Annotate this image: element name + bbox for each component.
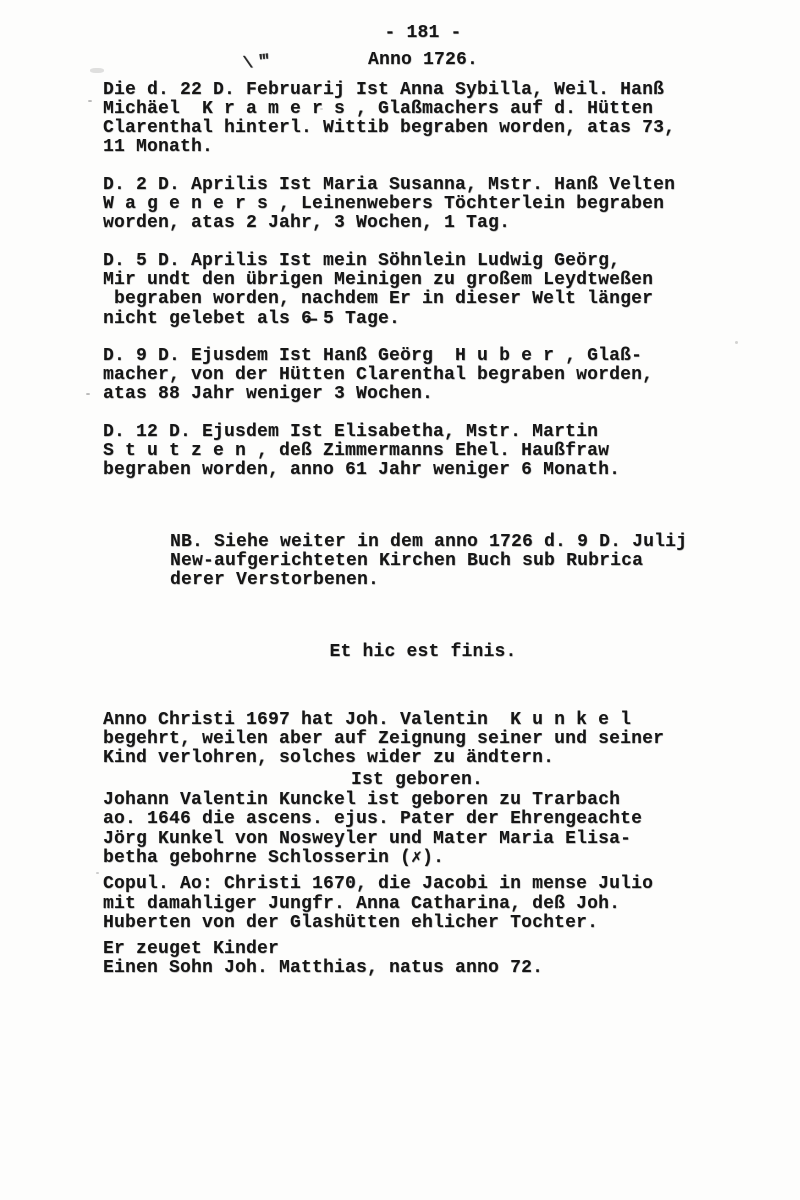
year-heading: Anno 1726.: [103, 51, 743, 70]
kunkel-petition: Anno Christi 1697 hat Joh. Valentin K u …: [103, 711, 743, 769]
birth-record: Johann Valentin Kunckel ist geboren zu T…: [103, 791, 743, 868]
burial-entry-apr-5: D. 5 D. Aprilis Ist mein Söhnlein Ludwig…: [103, 252, 743, 329]
birth-heading: Ist geboren.: [103, 771, 743, 790]
text-line: mit damahliger Jungfr. Anna Catharina, d…: [103, 895, 743, 914]
burial-entry-feb-22: Die d. 22 D. Februarij Ist Anna Sybilla,…: [103, 81, 743, 158]
text-line: Clarenthal hinterl. Wittib begraben word…: [103, 119, 743, 138]
text-line: Copul. Ao: Christi 1670, die Jacobi in m…: [103, 875, 743, 894]
marriage-record: Copul. Ao: Christi 1670, die Jacobi in m…: [103, 875, 743, 933]
burial-entry-apr-2: D. 2 D. Aprilis Ist Maria Susanna, Mstr.…: [103, 176, 743, 234]
text-line: Einen Sohn Joh. Matthias, natus anno 72.: [103, 959, 743, 978]
text-line: Mir undt den übrigen Meinigen zu großem …: [103, 271, 743, 290]
text-line: Ist geboren.: [351, 771, 743, 790]
text-line: Anno 1726.: [103, 51, 743, 70]
text-line: D. 2 D. Aprilis Ist Maria Susanna, Mstr.…: [103, 176, 743, 195]
text-line: NB. Siehe weiter in dem anno 1726 d. 9 D…: [170, 533, 743, 552]
text-line: Kind verlohren, solches wider zu ändtern…: [103, 749, 743, 768]
nb-note: NB. Siehe weiter in dem anno 1726 d. 9 D…: [103, 533, 743, 591]
text-line: atas 88 Jahr weniger 3 Wochen.: [103, 385, 743, 404]
text-line: begehrt, weilen aber auf Zeignung seiner…: [103, 730, 743, 749]
scanned-page: - 181 -Anno 1726.Die d. 22 D. Februarij …: [0, 0, 800, 1200]
document-body: - 181 -Anno 1726.Die d. 22 D. Februarij …: [103, 24, 743, 979]
text-line: Die d. 22 D. Februarij Ist Anna Sybilla,…: [103, 81, 743, 100]
scan-smudge: [90, 68, 104, 73]
text-line: - 181 -: [103, 24, 743, 43]
text-line: nicht gelebet als 6̶ 5 Tage.: [103, 310, 743, 329]
text-line: Jörg Kunkel von Nosweyler und Mater Mari…: [103, 830, 743, 849]
text-line: Et hic est finis.: [103, 643, 743, 662]
text-line: D. 5 D. Aprilis Ist mein Söhnlein Ludwig…: [103, 252, 743, 271]
text-line: begraben worden, anno 61 Jahr weniger 6 …: [103, 461, 743, 480]
text-line: Huberten von der Glashütten ehlicher Toc…: [103, 914, 743, 933]
burial-entry-apr-9: D. 9 D. Ejusdem Ist Hanß Geörg H u b e r…: [103, 347, 743, 405]
burial-entry-apr-12: D. 12 D. Ejusdem Ist Elisabetha, Mstr. M…: [103, 423, 743, 481]
handwritten-insertion-mark: \ ‴: [242, 53, 268, 74]
text-line: D. 12 D. Ejusdem Ist Elisabetha, Mstr. M…: [103, 423, 743, 442]
text-line: begraben worden, nachdem Er in dieser We…: [103, 290, 743, 309]
scan-speck: [86, 393, 90, 395]
finis-line: Et hic est finis.: [103, 643, 743, 662]
text-line: worden, atas 2 Jahr, 3 Wochen, 1 Tag.: [103, 214, 743, 233]
scan-speck: [735, 341, 738, 344]
text-line: S t u t z e n , deß Zimmermanns Ehel. Ha…: [103, 442, 743, 461]
text-line: Er zeuget Kinder: [103, 940, 743, 959]
text-line: D. 9 D. Ejusdem Ist Hanß Geörg H u b e r…: [103, 347, 743, 366]
scan-speck: [88, 100, 92, 102]
text-line: betha gebohrne Schlosserin (✗).: [103, 849, 743, 868]
scan-speck: [320, 108, 323, 110]
scan-speck: [96, 872, 99, 874]
text-line: W a g e n e r s , Leinenwebers Töchterle…: [103, 195, 743, 214]
text-line: New-aufgerichteten Kirchen Buch sub Rubr…: [170, 552, 743, 571]
text-line: Michäel K r a m e r s , Glaßmachers auf …: [103, 100, 743, 119]
children-record: Er zeuget KinderEinen Sohn Joh. Matthias…: [103, 940, 743, 979]
page-number: - 181 -: [103, 24, 743, 43]
text-line: Anno Christi 1697 hat Joh. Valentin K u …: [103, 711, 743, 730]
text-line: 11 Monath.: [103, 138, 743, 157]
text-line: derer Verstorbenen.: [170, 571, 743, 590]
text-line: Johann Valentin Kunckel ist geboren zu T…: [103, 791, 743, 810]
text-line: macher, von der Hütten Clarenthal begrab…: [103, 366, 743, 385]
text-line: ao. 1646 die ascens. ejus. Pater der Ehr…: [103, 810, 743, 829]
